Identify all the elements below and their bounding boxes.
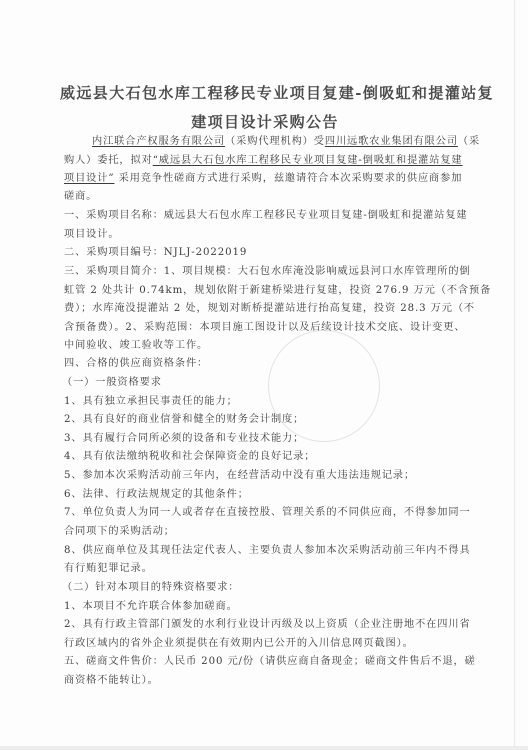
agency-name: 内江联合产权服务有限公司 — [92, 136, 225, 147]
general-requirement: 合同项下的采购活动； — [64, 525, 175, 538]
project-name-quote: “威远县大石包水库工程移民专业项目复建-倒吸虹和提灌站复建 — [153, 155, 463, 166]
general-requirement: 5、参加本次采购活动前三年内，在经营活动中没有重大违法违规记录； — [64, 469, 415, 482]
section-1-line-1: 一、采购项目名称：威远县大石包水库工程移民专业项目复建-倒吸虹和提灌站复建 — [64, 209, 468, 222]
general-requirement: 4、具有依法缴纳税收和社会保障资金的良好记录； — [64, 450, 315, 463]
purchaser-name: 四川远歌农业集团有限公司 — [325, 136, 458, 147]
general-requirement: 有行贿犯罪记录。 — [64, 562, 153, 575]
section-5-line: 五、磋商文件售价：人民币 200 元/份（请供应商自备现金；磋商文件售后不退，磋 — [64, 655, 476, 668]
general-requirement: 7、单位负责人为同一人或者存在直接控股、管理关系的不同供应商，不得参加同一 — [64, 506, 471, 519]
section-3-line: 费）；水库淹没提灌站 2 处，规划对断桥提灌站进行抬高复建，投资 28.3 万元… — [64, 302, 475, 315]
intro-line-1: 内江联合产权服务有限公司（采购代理机构）受四川远歌农业集团有限公司（采 — [92, 135, 480, 148]
section-3-line: 三、采购项目简介：1、项目规模：大石包水库淹没影响威远县河口水库管理所的倒 — [64, 265, 471, 278]
intro-line-4: 磋商。 — [64, 190, 97, 203]
section-4-heading: 四、合格的供应商资格条件： — [64, 357, 208, 370]
document-title-line-1: 威远县大石包水库工程移民专业项目复建-倒吸虹和提灌站复 — [60, 82, 470, 103]
special-requirement: 1、本项目不允许联合体参加磋商。 — [64, 600, 238, 613]
general-requirements-heading: （一）一般资格要求 — [62, 376, 162, 389]
special-requirement: 行政区域内的省外企业须提供在有效期内已公开的入川信息网页截图）。 — [64, 637, 414, 650]
special-requirement: 2、具有行政主管部门颁发的水利行业设计丙级及以上资质（企业注册地不在四川省 — [64, 618, 471, 631]
general-requirement: 3、具有履行合同所必须的设备和专业技术能力； — [64, 432, 304, 445]
section-3-line: 含预备费）。2、采购范围：本项目施工图设计以及后续设计技术交底、设计变更、 — [64, 321, 465, 334]
general-requirement: 6、法律、行政法规规定的其他条件； — [64, 488, 249, 501]
section-2-project-number: 二、采购项目编号：NJLJ-2022019 — [64, 246, 247, 259]
scan-edge-line — [514, 0, 515, 746]
section-3-line: 虹管 2 处共计 0.74km，规划依附于新建桥梁进行复建，投资 276.9 万… — [64, 284, 491, 297]
purchaser-role: （采 — [458, 136, 480, 147]
section-1-line-2: 项目设计。 — [64, 228, 119, 241]
general-requirement: 8、供应商单位及其现任法定代表人、主要负责人参加本次采购活动前三年内不得具 — [64, 544, 471, 557]
intro-line-2: 购人）委托，拟对“威远县大石包水库工程移民专业项目复建-倒吸虹和提灌站复建 — [64, 154, 463, 167]
general-requirement: 1、具有独立承担民事责任的能力； — [64, 395, 238, 408]
section-5-line: 商资格不能转让）。 — [64, 674, 159, 687]
scanned-page: 威远县大石包水库工程移民专业项目复建-倒吸虹和提灌站复 建项目设计采购公告 内江… — [0, 0, 528, 746]
section-3-line: 中间验收、竣工验收等工作。 — [64, 339, 208, 352]
page-bottom-edge — [0, 746, 528, 750]
agency-role: （采购代理机构）受 — [225, 136, 325, 147]
special-requirements-heading: （二）针对本项目的特殊资格要求： — [62, 581, 239, 594]
intro-line-3: 项目设计” 采用竞争性磋商方式进行采购，兹邀请符合本次采购要求的供应商参加 — [64, 172, 462, 185]
document-title-line-2: 建项目设计采购公告 — [60, 111, 470, 132]
general-requirement: 2、具有良好的商业信誉和健全的财务会计制度； — [64, 413, 304, 426]
intro-text: 购人）委托，拟对 — [64, 155, 153, 166]
intro-text: 采用竞争性磋商方式进行采购，兹邀请符合本次采购要求的供应商参加 — [119, 173, 463, 184]
project-name-quote-end: 项目设计” — [64, 173, 114, 184]
